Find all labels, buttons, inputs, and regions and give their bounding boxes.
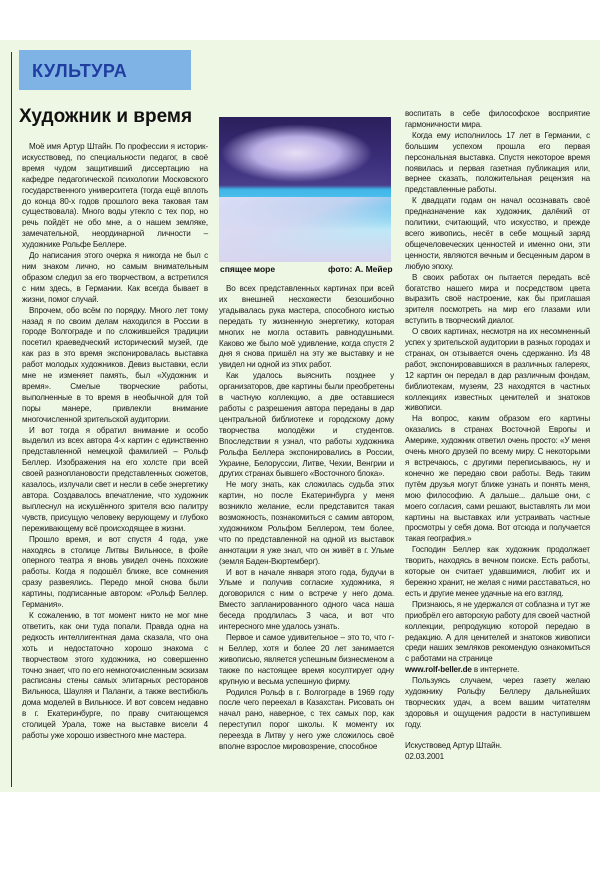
photo-credit: фото: А. Мейер <box>328 264 393 274</box>
article-column-1: Моё имя Артур Штайн. По профессии я исто… <box>22 142 208 742</box>
paragraph: К сожалению, в тот момент никто не мог м… <box>22 611 208 742</box>
paragraph: До написания этого очерка я никогда не б… <box>22 251 208 306</box>
paragraph: Когда ему исполнилось 17 лет в Германии,… <box>405 131 590 196</box>
paragraph-closing: Пользуясь случаем, через газету желаю ху… <box>405 676 590 731</box>
paragraph: Моё имя Артур Штайн. По профессии я исто… <box>22 142 208 251</box>
paragraph: В своих работах он пытается передать всё… <box>405 273 590 328</box>
website-link[interactable]: www.rolf-beller.de <box>405 665 472 674</box>
paragraph: воспитать в себе философское восприятие … <box>405 109 590 131</box>
paragraph: Не могу знать, как сложилась судьба этих… <box>219 480 394 567</box>
article-column-3: воспитать в себе философское восприятие … <box>405 109 590 762</box>
paragraph: Господин Беллер как художник продолжает … <box>405 545 590 600</box>
signature-date: 02.03.2001 <box>405 752 590 763</box>
paragraph: Впрочем, обо всём по порядку. Много лет … <box>22 306 208 426</box>
paragraph: Родился Рольф в г. Волгограде в 1969 год… <box>219 688 394 753</box>
painting-photo-sleeping-sea <box>219 117 391 262</box>
paragraph: Как удалось выяснить позднее у организат… <box>219 371 394 480</box>
website-suffix: в интернете. <box>472 665 520 674</box>
section-banner: КУЛЬТУРА <box>19 50 191 90</box>
article-title: Художник и время <box>19 106 192 128</box>
website-line: www.rolf-beller.de в интернете. <box>405 665 590 676</box>
section-label: КУЛЬТУРА <box>32 61 127 82</box>
paragraph: К двадцати годам он начал осознавать сво… <box>405 196 590 272</box>
article-column-2: Во всех представленных картинах при всей… <box>219 284 394 753</box>
paragraph: Прошло время, и вот спустя 4 года, уже н… <box>22 535 208 611</box>
signature-author: Искуствовед Артур Штайн. <box>405 741 590 752</box>
left-margin-rule <box>11 52 12 787</box>
paragraph: Признаюсь, я не удержался от соблазна и … <box>405 600 590 665</box>
paragraph: Во всех представленных картинах при всей… <box>219 284 394 371</box>
photo-caption: спящее море <box>220 264 275 274</box>
paragraph: На вопрос, каким образом его картины ока… <box>405 414 590 545</box>
paragraph: О своих картинах, несмотря на их несомне… <box>405 327 590 414</box>
paragraph: И вот в начале января этого года, будучи… <box>219 568 394 633</box>
paragraph: Первое и самое удивительное – это то, чт… <box>219 633 394 688</box>
paragraph: И вот тогда я обратил внимание и особо в… <box>22 426 208 535</box>
